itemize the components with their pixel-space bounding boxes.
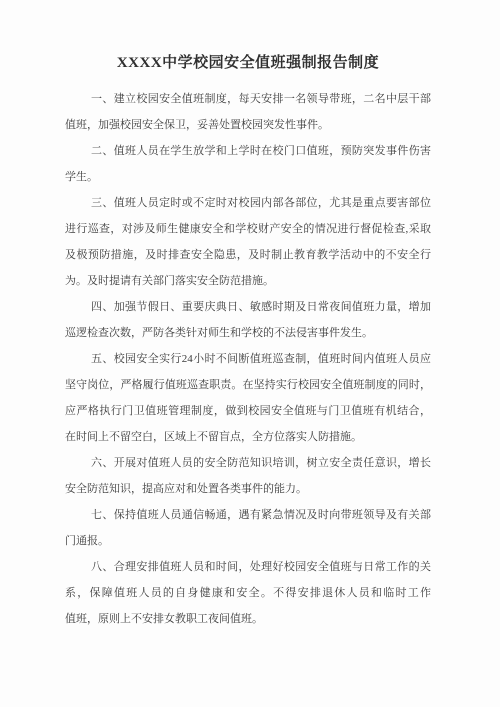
paragraph: 八、合理安排值班人员和时间，处理好校园安全值班与日常工作的关系，保障值班人员的自… — [65, 554, 431, 632]
text-line: 七、保持值班人员通信畅通，遇有紧急情况及时向带班领导及有关部 — [65, 502, 431, 528]
text-line: 值班，原则上不安排女教职工夜间值班。 — [65, 606, 431, 632]
text-line: 学生。 — [65, 164, 431, 190]
text-line: 值班，加强校园安全保卫，妥善处置校园突发性事件。 — [65, 112, 431, 138]
paragraph: 三、值班人员定时或不定时对校园内部各部位，尤其是重点要害部位进行巡查，对涉及师生… — [65, 190, 431, 294]
text-line: 五、校园安全实行24小时不间断值班巡查制，值班时间内值班人员应 — [65, 346, 431, 372]
text-line: 一、建立校园安全值班制度，每天安排一名领导带班，二名中层干部 — [65, 86, 431, 112]
paragraph: 一、建立校园安全值班制度，每天安排一名领导带班，二名中层干部值班，加强校园安全保… — [65, 86, 431, 138]
paragraph: 七、保持值班人员通信畅通，遇有紧急情况及时向带班领导及有关部门通报。 — [65, 502, 431, 554]
text-line: 巡逻检查次数，严防各类针对师生和学校的不法侵害事件发生。 — [65, 320, 431, 346]
text-line: 在时间上不留空白，区域上不留盲点，全方位落实人防措施。 — [65, 424, 431, 450]
text-line: 为。及时提请有关部门落实安全防范措施。 — [65, 268, 431, 294]
paragraph: 六、开展对值班人员的安全防范知识培训，树立安全责任意识，增长安全防范知识，提高应… — [65, 450, 431, 502]
text-line: 安全防范知识，提高应对和处置各类事件的能力。 — [65, 476, 431, 502]
text-line: 及极预防措施，及时排查安全隐患，及时制止教育教学活动中的不安全行 — [65, 242, 431, 268]
paragraph: 二、值班人员在学生放学和上学时在校门口值班，预防突发事件伤害学生。 — [65, 138, 431, 190]
document-page: XXXX中学校园安全值班强制报告制度 一、建立校园安全值班制度，每天安排一名领导… — [0, 0, 500, 707]
text-line: 四、加强节假日、重要庆典日、敏感时期及日常夜间值班力量，增加 — [65, 294, 431, 320]
text-line: 门通报。 — [65, 528, 431, 554]
text-line: 坚守岗位，严格履行值班巡查职责。在坚持实行校园安全值班制度的同时， — [65, 372, 431, 398]
paragraph: 五、校园安全实行24小时不间断值班巡查制，值班时间内值班人员应坚守岗位，严格履行… — [65, 346, 431, 450]
text-line: 三、值班人员定时或不定时对校园内部各部位，尤其是重点要害部位 — [65, 190, 431, 216]
text-line: 二、值班人员在学生放学和上学时在校门口值班，预防突发事件伤害 — [65, 138, 431, 164]
text-line: 系，保障值班人员的自身健康和安全。不得安排退休人员和临时工作 — [65, 580, 431, 606]
document-title: XXXX中学校园安全值班强制报告制度 — [65, 51, 431, 75]
paragraph: 四、加强节假日、重要庆典日、敏感时期及日常夜间值班力量，增加巡逻检查次数，严防各… — [65, 294, 431, 346]
text-line: 应严格执行门卫值班管理制度，做到校园安全值班与门卫值班有机结合， — [65, 398, 431, 424]
text-line: 八、合理安排值班人员和时间，处理好校园安全值班与日常工作的关 — [65, 554, 431, 580]
document-body: 一、建立校园安全值班制度，每天安排一名领导带班，二名中层干部值班，加强校园安全保… — [65, 86, 431, 632]
text-line: 进行巡查，对涉及师生健康安全和学校财产安全的情况进行督促检查,采取 — [65, 216, 431, 242]
text-line: 六、开展对值班人员的安全防范知识培训，树立安全责任意识，增长 — [65, 450, 431, 476]
